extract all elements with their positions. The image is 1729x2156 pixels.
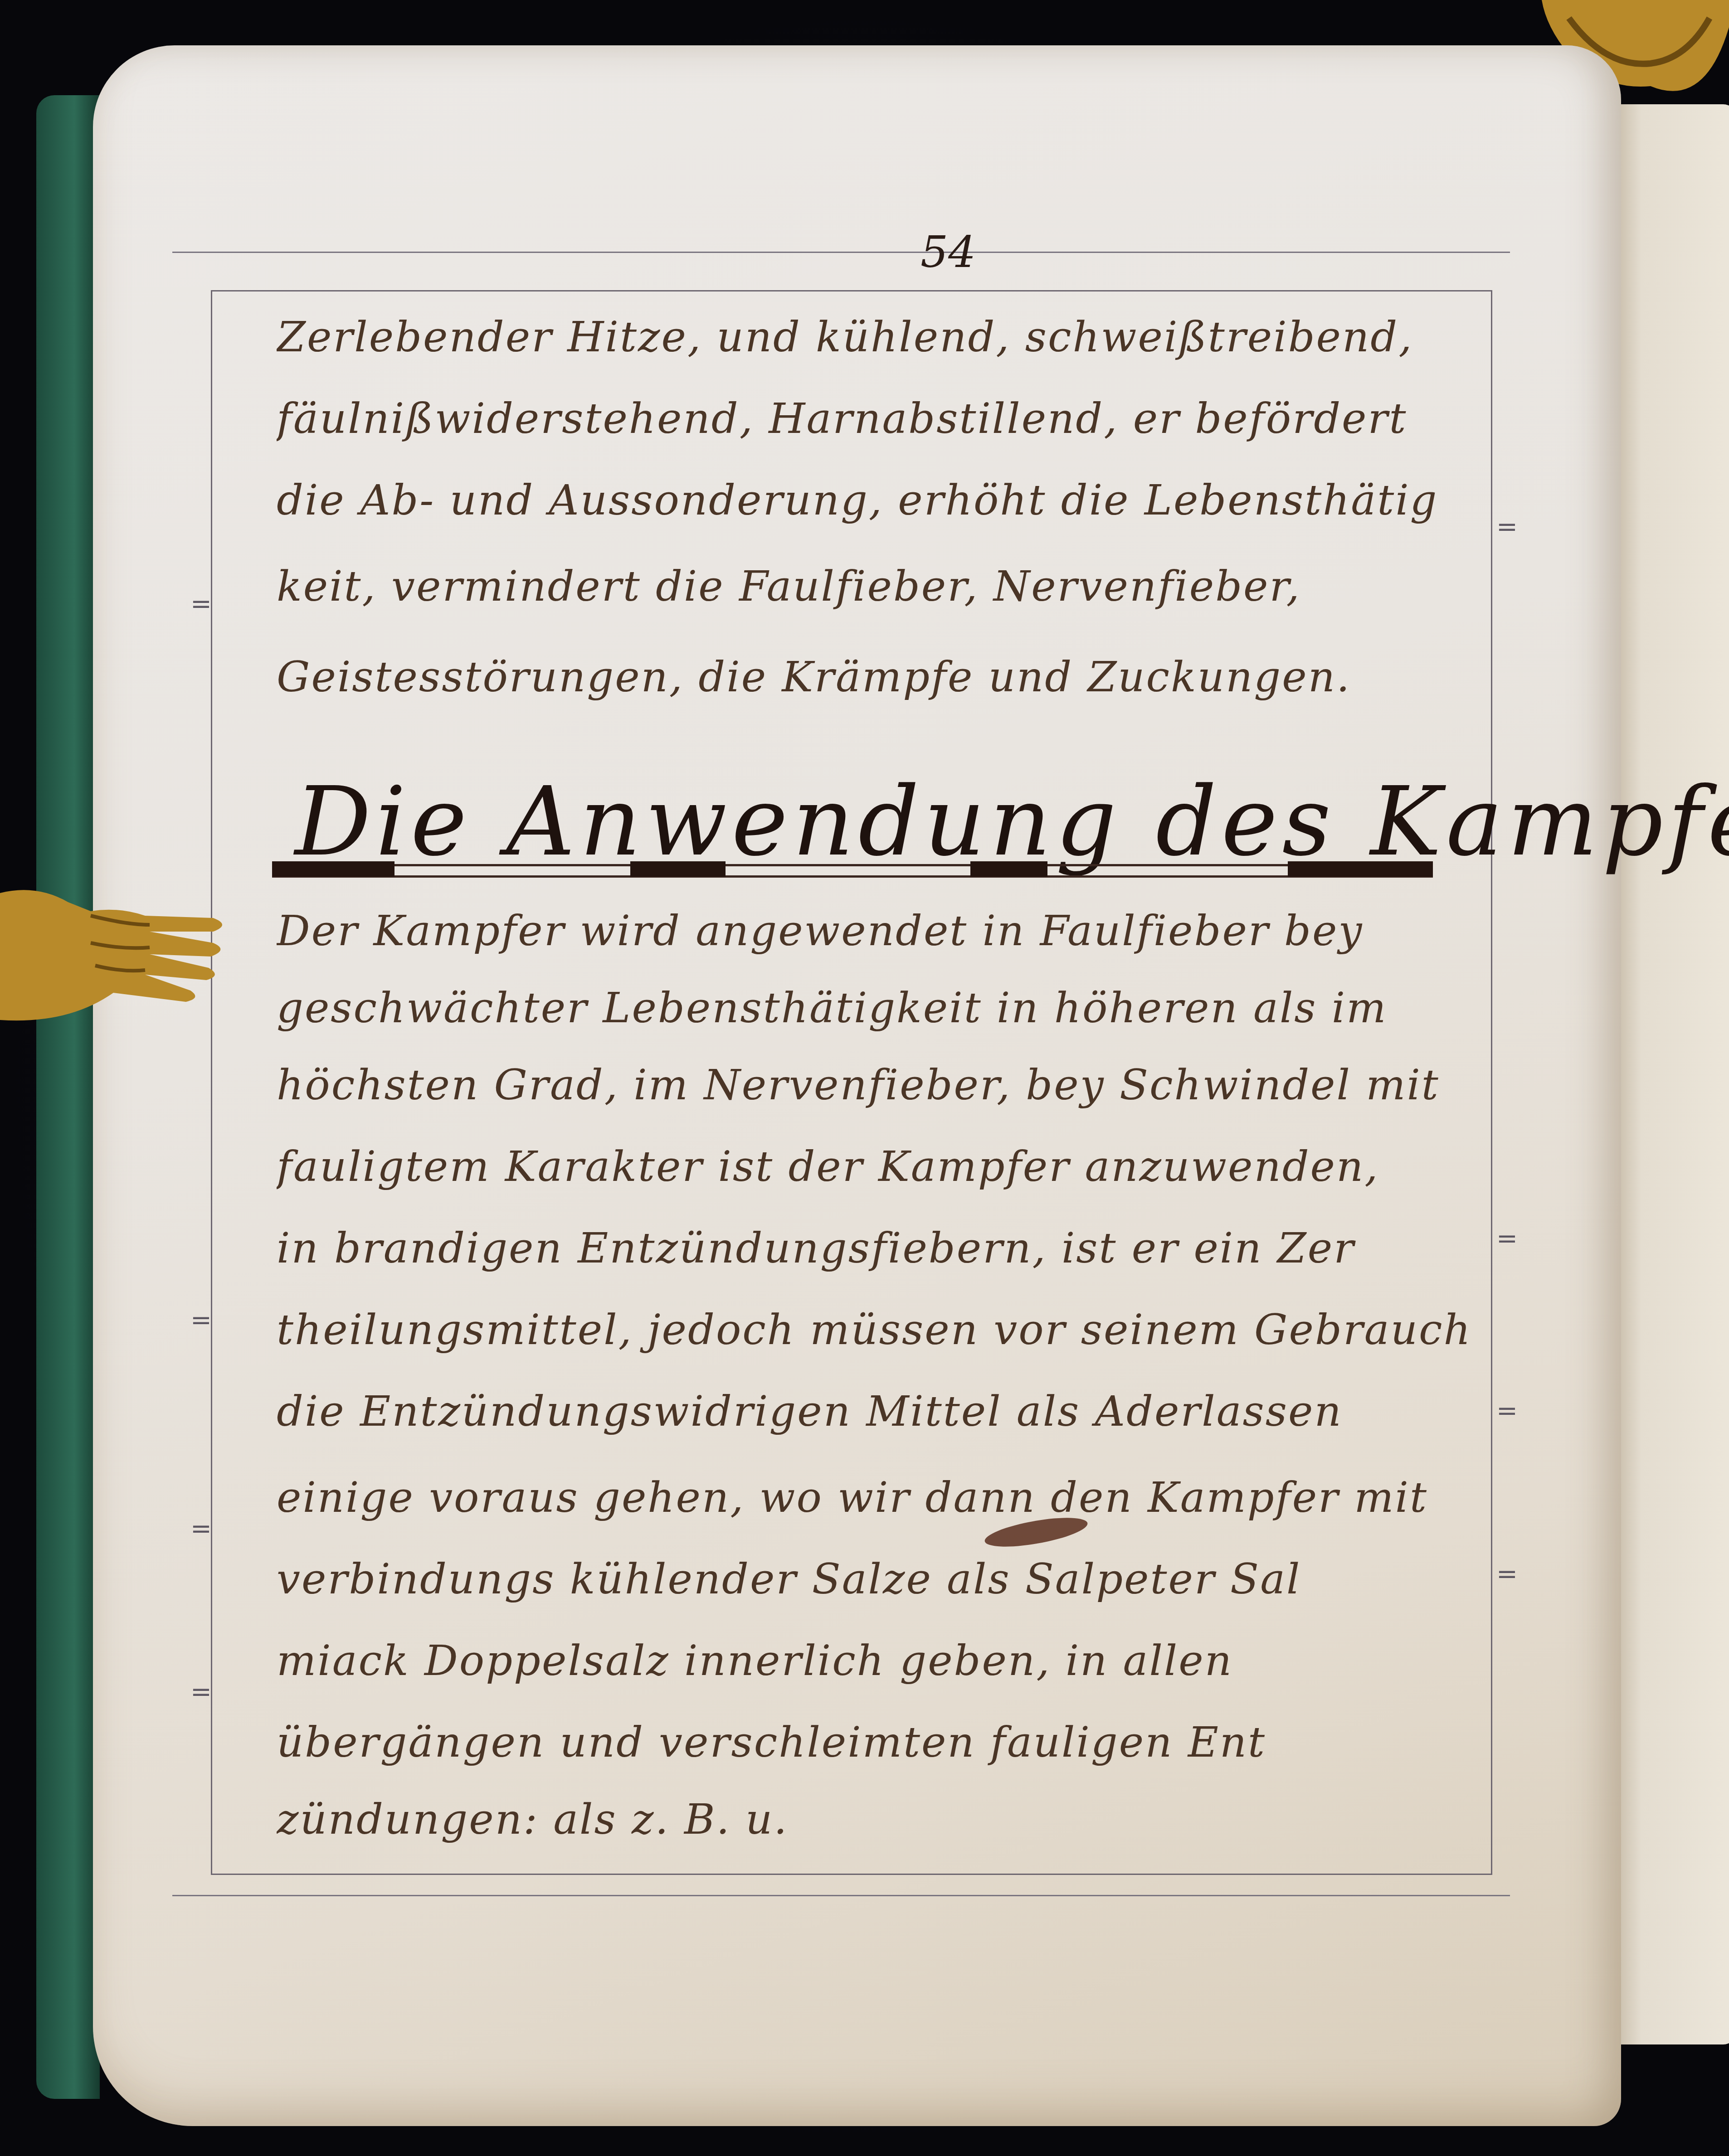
text-line: Der Kampfer wird angewendet in Faulfiebe… <box>277 907 1492 955</box>
text-line: zündungen: als z. B. u. <box>277 1795 1492 1844</box>
text-line: in brandigen Entzündungsfiebern, ist er … <box>277 1224 1492 1272</box>
heading-underline <box>272 861 1433 876</box>
text-line: theilungsmittel, jedoch müssen vor seine… <box>277 1306 1492 1354</box>
page-number: 54 <box>921 227 976 277</box>
margin-tick: = <box>1496 1224 1518 1253</box>
green-book-cover <box>36 95 100 2099</box>
text-line: Zerlebender Hitze, und kühlend, schweißt… <box>277 313 1492 361</box>
text-line: verbindungs kühlender Salze als Salpeter… <box>277 1555 1492 1603</box>
header-ruled-line <box>172 252 1510 253</box>
text-line: Geistesstörungen, die Krämpfe und Zuckun… <box>277 653 1492 701</box>
margin-tick: = <box>1496 1396 1518 1426</box>
footer-ruled-line <box>172 1895 1510 1896</box>
text-line: miack Doppelsalz innerlich geben, in all… <box>277 1636 1492 1685</box>
margin-tick: = <box>1496 1559 1518 1589</box>
section-heading: Die Anwendung des Kampfers. <box>295 766 1729 877</box>
margin-tick: = <box>190 1514 212 1544</box>
text-line: die Ab- und Aussonderung, erhöht die Leb… <box>277 476 1492 524</box>
text-line: einige voraus gehen, wo wir dann den Kam… <box>277 1473 1492 1522</box>
text-line: übergängen und verschleimten fauligen En… <box>277 1718 1492 1767</box>
margin-tick: = <box>190 589 212 619</box>
text-line: fäulnißwiderstehend, Harnabstillend, er … <box>277 394 1492 443</box>
margin-tick: = <box>1496 512 1518 542</box>
text-line: fauligtem Karakter ist der Kampfer anzuw… <box>277 1142 1492 1191</box>
brass-hand-clip <box>0 875 231 1070</box>
text-line: keit, vermindert die Faulfieber, Nervenf… <box>277 562 1492 611</box>
text-line: die Entzündungswidrigen Mittel als Aderl… <box>277 1387 1492 1436</box>
margin-tick: = <box>190 1306 212 1335</box>
text-line: geschwächter Lebensthätigkeit in höheren… <box>277 984 1492 1032</box>
text-line: höchsten Grad, im Nervenfieber, bey Schw… <box>277 1061 1492 1109</box>
margin-tick: = <box>190 1677 212 1707</box>
